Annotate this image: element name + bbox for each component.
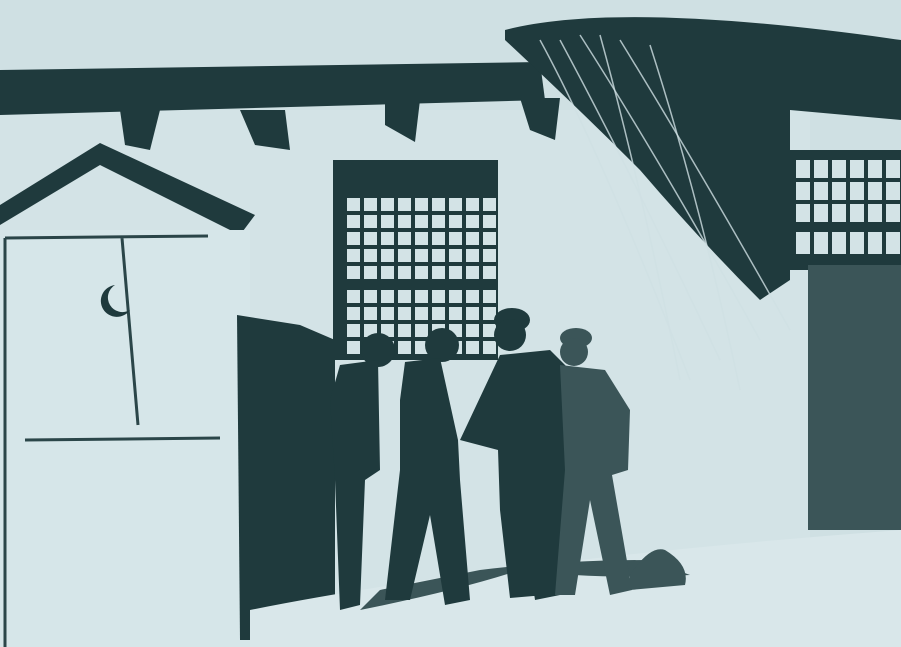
photo-scene (0, 0, 901, 647)
right-door (808, 265, 901, 530)
window-lattice (347, 198, 496, 354)
historical-photograph (0, 0, 901, 647)
doorway-shadow (237, 315, 335, 640)
